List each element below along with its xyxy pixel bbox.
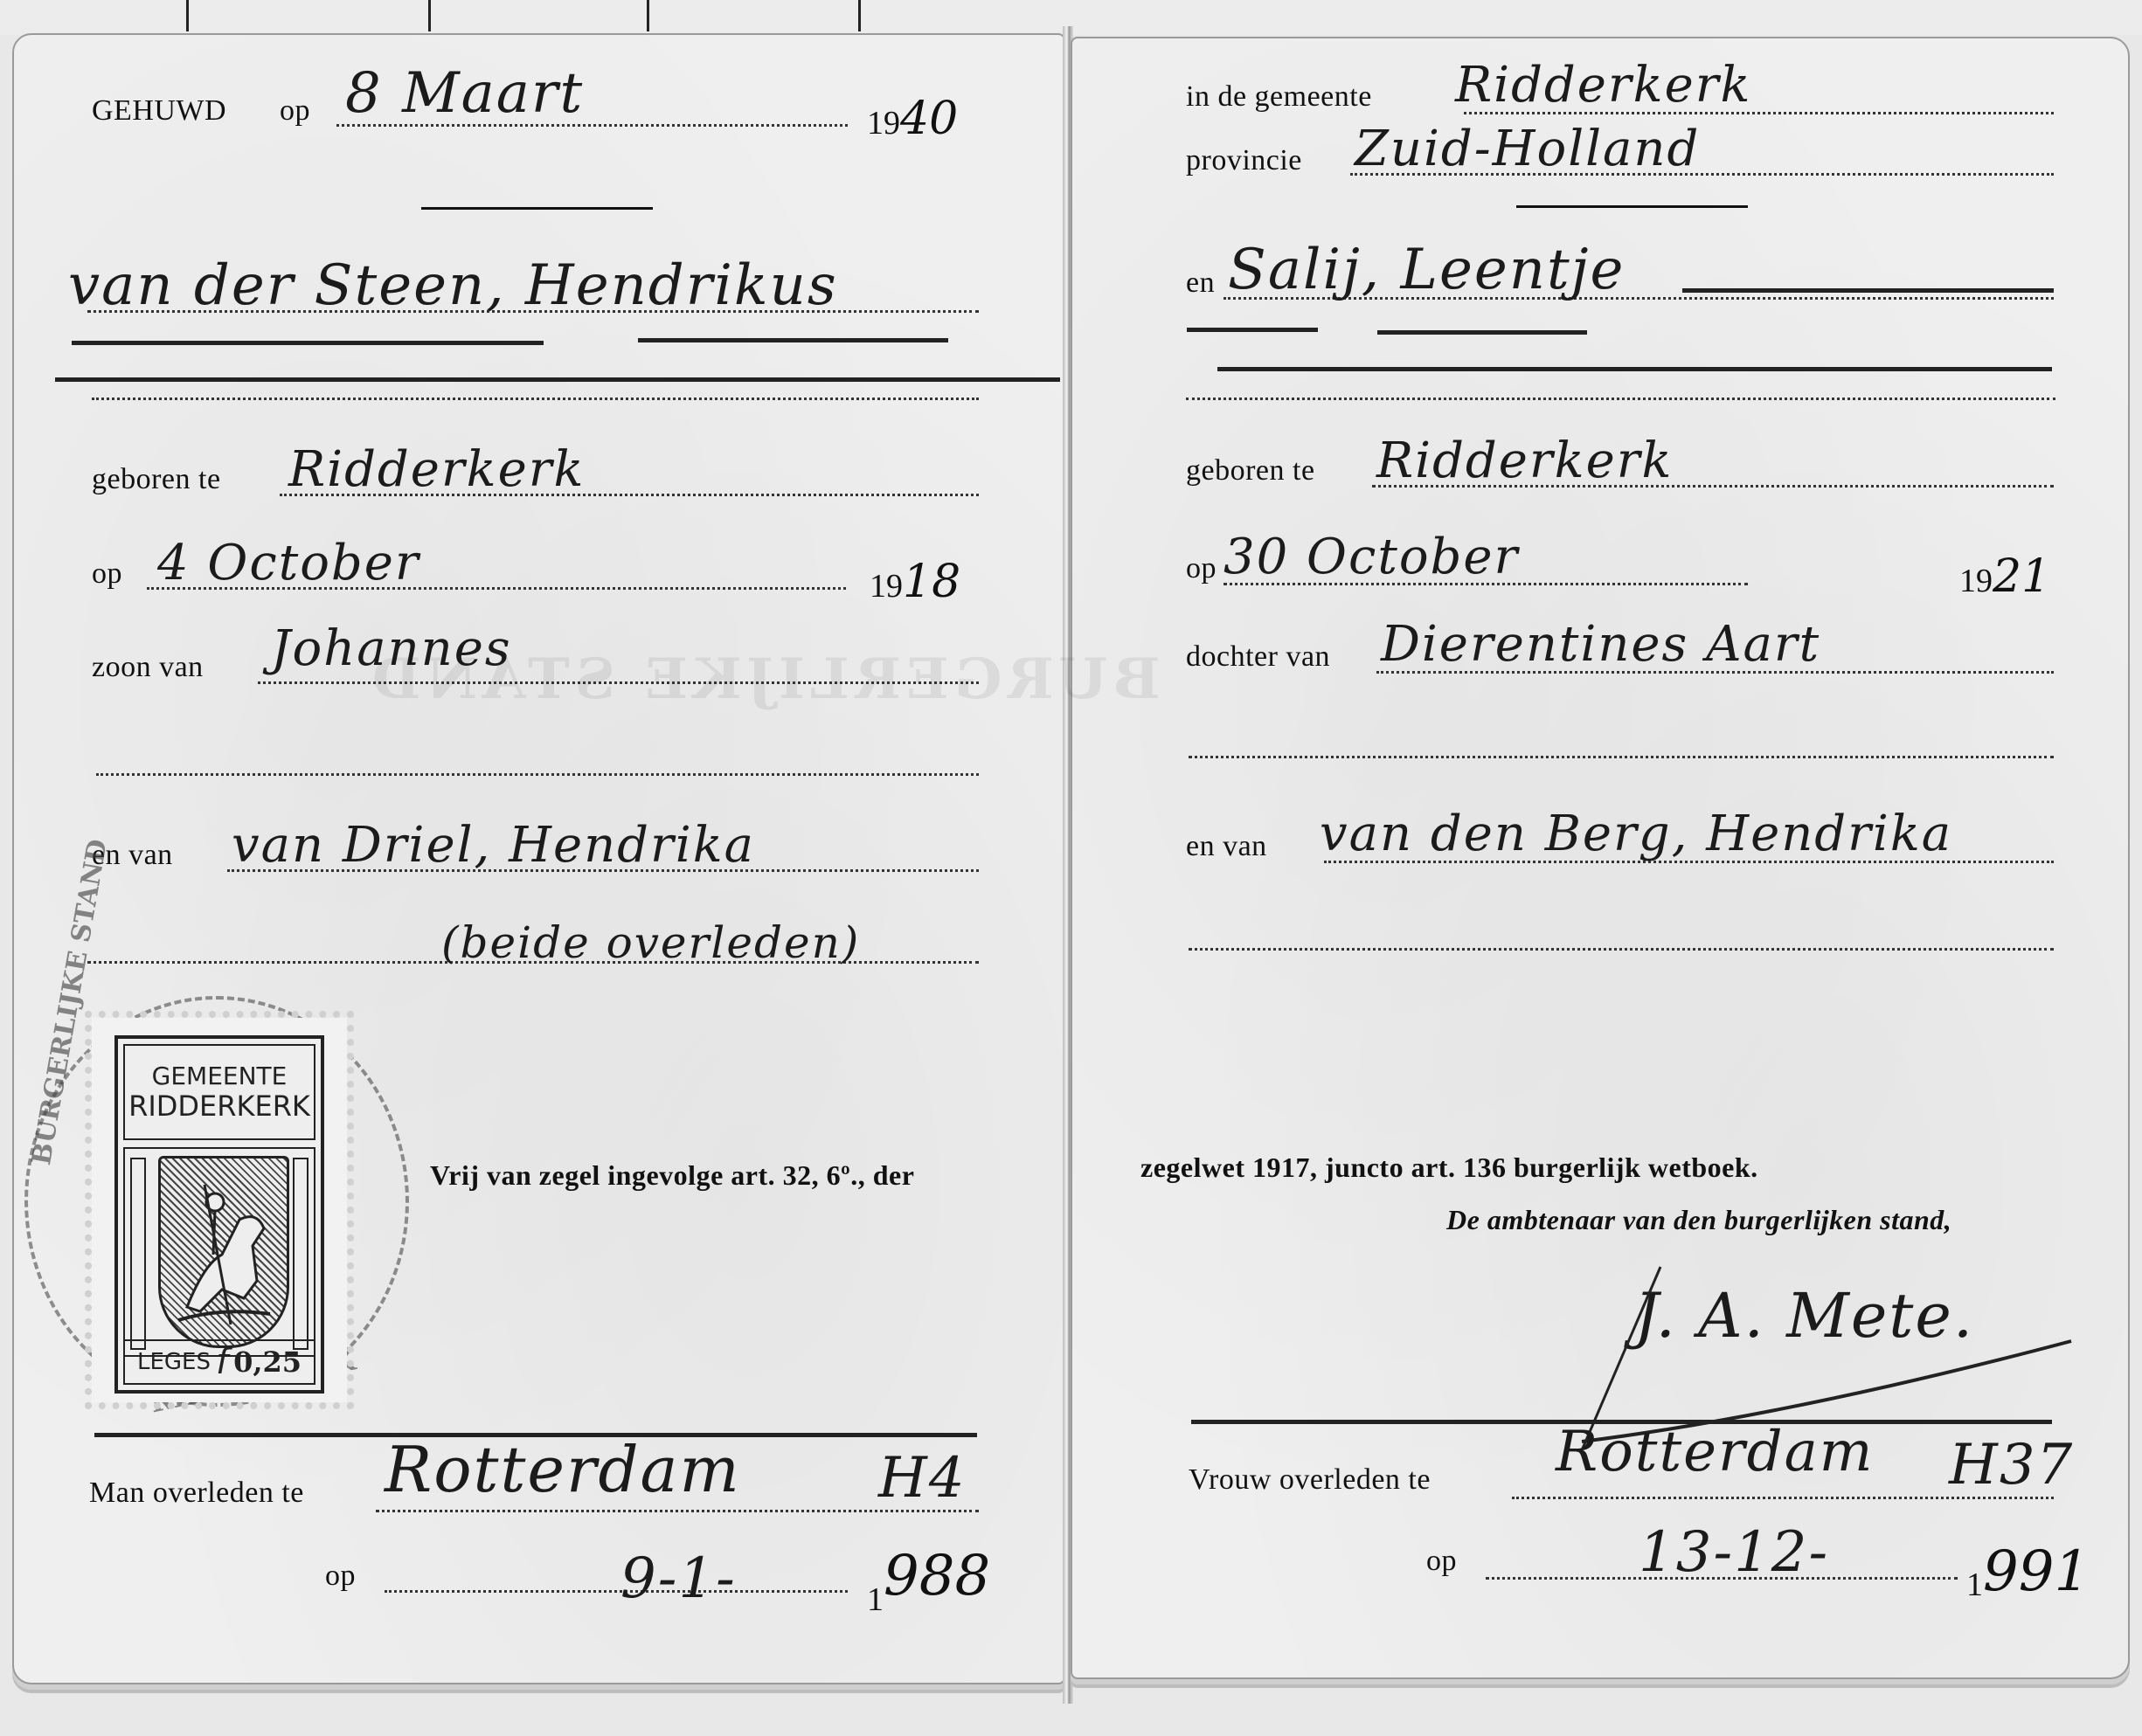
- wife-birthdate-label: op: [1186, 552, 1217, 585]
- blank-line: [96, 773, 979, 776]
- ruler-tick: [428, 0, 431, 31]
- ruler-tick: [186, 0, 189, 31]
- man-death-place-label: Man overleden te: [89, 1477, 304, 1510]
- husband-father-value: Johannes: [271, 620, 512, 677]
- year-handwritten: 991: [1983, 1539, 2090, 1604]
- year-printed: 1: [1966, 1567, 1983, 1603]
- wife-name-value: Salij, Leentje: [1228, 238, 1625, 302]
- husband-name-line: [87, 310, 979, 313]
- fee-stamp: GEMEENTE RIDDERKERK LEGES f 0,25: [92, 1018, 347, 1402]
- stamp-currency: f: [216, 1342, 228, 1382]
- husband-name: van der Steen, Hendrikus: [68, 253, 838, 318]
- man-death-reference: H4: [878, 1446, 967, 1511]
- husband-birthdate-label: op: [92, 557, 122, 591]
- wife-mother-label: en van: [1186, 830, 1267, 863]
- husband-mother-value: van Driel, Hendrika: [232, 817, 755, 874]
- husband-father-label: zoon van: [92, 651, 204, 684]
- stamp-coat-of-arms-area: [123, 1147, 315, 1357]
- man-death-date-label: op: [325, 1560, 356, 1593]
- married-year-printed: 19: [867, 105, 900, 142]
- year-handwritten: 988: [884, 1544, 990, 1608]
- section-rule: [1516, 205, 1748, 208]
- blank-line: [1189, 756, 2054, 758]
- woman-death-place-value: Rotterdam: [1556, 1420, 1874, 1484]
- name-underline: [638, 338, 948, 342]
- name-underline: [1377, 330, 1587, 335]
- married-date-value: 8 Maart: [345, 61, 584, 126]
- blank-line: [1186, 398, 2055, 400]
- wife-name-label: en: [1186, 266, 1215, 300]
- husband-birthplace-value: Ridderkerk: [288, 441, 585, 498]
- name-underline: [72, 341, 544, 345]
- year-printed: 19: [1959, 563, 1993, 599]
- married-op-label: op: [280, 94, 310, 128]
- married-year-handwritten: 40: [900, 93, 958, 145]
- woman-death-reference: H37: [1949, 1433, 2074, 1497]
- man-death-date-line: [385, 1590, 848, 1593]
- ruler-tick: [647, 0, 649, 31]
- municipality-label: in de gemeente: [1186, 80, 1372, 114]
- year-handwritten: 18: [903, 556, 960, 608]
- husband-birth-year: 1918: [870, 556, 960, 608]
- municipality-value: Ridderkerk: [1455, 57, 1751, 114]
- ruler-tick: [858, 0, 861, 31]
- official-title: De ambtenaar van den burgerlijken stand,: [1446, 1204, 1951, 1236]
- wife-birthplace-value: Ridderkerk: [1376, 432, 1673, 489]
- stamp-line1: GEMEENTE: [125, 1063, 314, 1089]
- wife-father-value: Dierentines Aart: [1381, 616, 1820, 673]
- stamp-fee-label: LEGES: [137, 1349, 211, 1375]
- stamp-column: [130, 1158, 146, 1350]
- stamp-fee: LEGES f 0,25: [123, 1339, 315, 1385]
- man-death-year: 1988: [867, 1560, 990, 1624]
- section-rule: [1217, 367, 2052, 371]
- year-printed: 19: [870, 568, 903, 605]
- husband-father-line: [258, 681, 979, 684]
- year-handwritten: 21: [1993, 550, 2050, 603]
- woman-death-year: 1991: [1966, 1545, 2090, 1609]
- husband-birthplace-label: geboren te: [92, 463, 221, 496]
- section-rule: [55, 377, 1060, 382]
- stamp-header: GEMEENTE RIDDERKERK: [123, 1044, 315, 1140]
- year-printed: 1: [867, 1581, 884, 1618]
- wife-birth-year: 1921: [1959, 550, 2050, 603]
- woman-death-date-label: op: [1426, 1545, 1457, 1578]
- stamp-amount: 0,25: [233, 1345, 302, 1379]
- husband-birthdate-value: 4 October: [157, 535, 420, 591]
- knight-on-horse-coat-of-arms-icon: [158, 1156, 289, 1348]
- parents-deceased-note: (beide overleden): [441, 917, 860, 968]
- wife-mother-value: van den Berg, Hendrika: [1320, 806, 1952, 862]
- stamp-column: [293, 1158, 308, 1350]
- man-death-place-value: Rotterdam: [385, 1433, 741, 1506]
- wife-birthplace-label: geboren te: [1186, 454, 1315, 488]
- blank-line: [92, 398, 979, 400]
- province-value: Zuid-Holland: [1355, 121, 1700, 177]
- name-underline: [1682, 288, 2054, 293]
- name-underline: [1187, 328, 1318, 332]
- province-label: provincie: [1186, 144, 1302, 177]
- wife-birthdate-value: 30 October: [1224, 529, 1519, 585]
- married-year: 1940: [867, 93, 958, 145]
- woman-death-date-value: 13-12-: [1639, 1520, 1829, 1585]
- wife-father-label: dochter van: [1186, 640, 1330, 674]
- stamp-frame: GEMEENTE RIDDERKERK LEGES f 0,25: [114, 1035, 324, 1394]
- blank-line: [1189, 948, 2054, 951]
- stamp-line2: RIDDERKERK: [125, 1089, 314, 1123]
- exemption-text-right: zegelwet 1917, juncto art. 136 burgerlij…: [1140, 1152, 1758, 1184]
- exemption-text-left: Vrij van zegel ingevolge art. 32, 6º., d…: [430, 1159, 914, 1192]
- woman-death-place-label: Vrouw overleden te: [1189, 1463, 1431, 1497]
- married-label: GEHUWD: [92, 94, 226, 128]
- section-rule: [421, 207, 653, 210]
- man-death-date-value: 9-1-: [620, 1546, 737, 1611]
